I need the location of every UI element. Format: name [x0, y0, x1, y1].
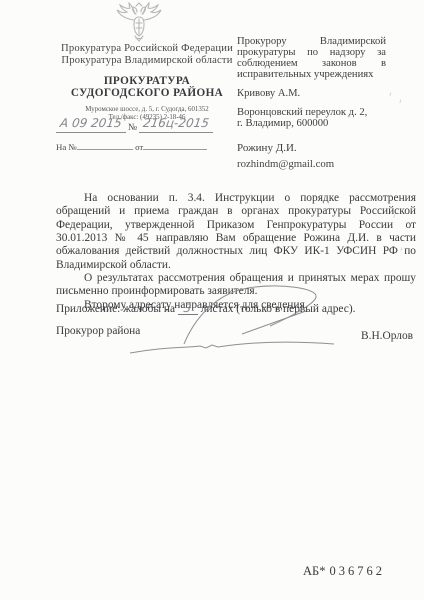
- signer-name: В.Н.Орлов: [361, 330, 413, 342]
- handwritten-date: А 09 2015: [59, 116, 123, 130]
- recipient-address: Воронцовский переулок д. 2, г. Владимир,…: [237, 107, 386, 130]
- reply-date-blank: [143, 140, 207, 150]
- recipient-name: Кривову А.М.: [237, 89, 386, 100]
- office-address: Муромское шоссе, д. 5, г. Судогда, 60135…: [40, 106, 254, 114]
- org-name-line2: Прокуратура Владимирской области: [40, 55, 254, 67]
- handwritten-signature-icon: [122, 280, 344, 360]
- recipient-block: Прокурору Владимирской прокуратуры по на…: [237, 37, 386, 130]
- recipient-title: Прокурору Владимирской прокуратуры по на…: [237, 37, 386, 81]
- second-addressee-name: Рожину Д.И.: [237, 142, 297, 154]
- reply-number-blank: [77, 140, 133, 150]
- recipient-address-line2: г. Владимир, 600000: [237, 118, 328, 129]
- org-name-line1: Прокуратура Российской Федерации: [40, 43, 254, 55]
- second-addressee-email: rozhindm@gmail.com: [237, 158, 334, 170]
- scan-artifact: [398, 99, 402, 104]
- form-series: АБ*: [303, 564, 325, 578]
- scan-artifact: [388, 92, 392, 97]
- handwritten-number: 216ц-2015: [142, 116, 210, 130]
- form-number: АБ*036762: [303, 564, 385, 579]
- recipient-address-line1: Воронцовский переулок д. 2,: [237, 107, 367, 118]
- filing-date-blank: А 09 2015: [56, 116, 126, 133]
- form-digits: 036762: [329, 564, 385, 578]
- scanned-letter-page: Прокуратура Российской Федерации Прокура…: [0, 0, 424, 600]
- filing-number-line: А 09 2015№216ц-2015: [56, 116, 226, 136]
- prosecutor-emblem-icon: [112, 2, 166, 42]
- signer-position: Прокурор района: [56, 325, 140, 337]
- reply-reference-line: На № от: [56, 140, 207, 152]
- office-name-line1: ПРОКУРАТУРА: [40, 75, 254, 88]
- reply-label: На №: [56, 142, 77, 152]
- office-name-line2: СУДОГОДСКОГО РАЙОНА: [40, 87, 254, 100]
- filing-number-blank: 216ц-2015: [139, 116, 213, 133]
- reply-from-label: от: [135, 142, 143, 152]
- letterhead: Прокуратура Российской Федерации Прокура…: [40, 43, 254, 122]
- body-paragraph-1: На основании п. 3.4. Инструкции о порядк…: [56, 192, 416, 272]
- number-sign: №: [126, 123, 139, 133]
